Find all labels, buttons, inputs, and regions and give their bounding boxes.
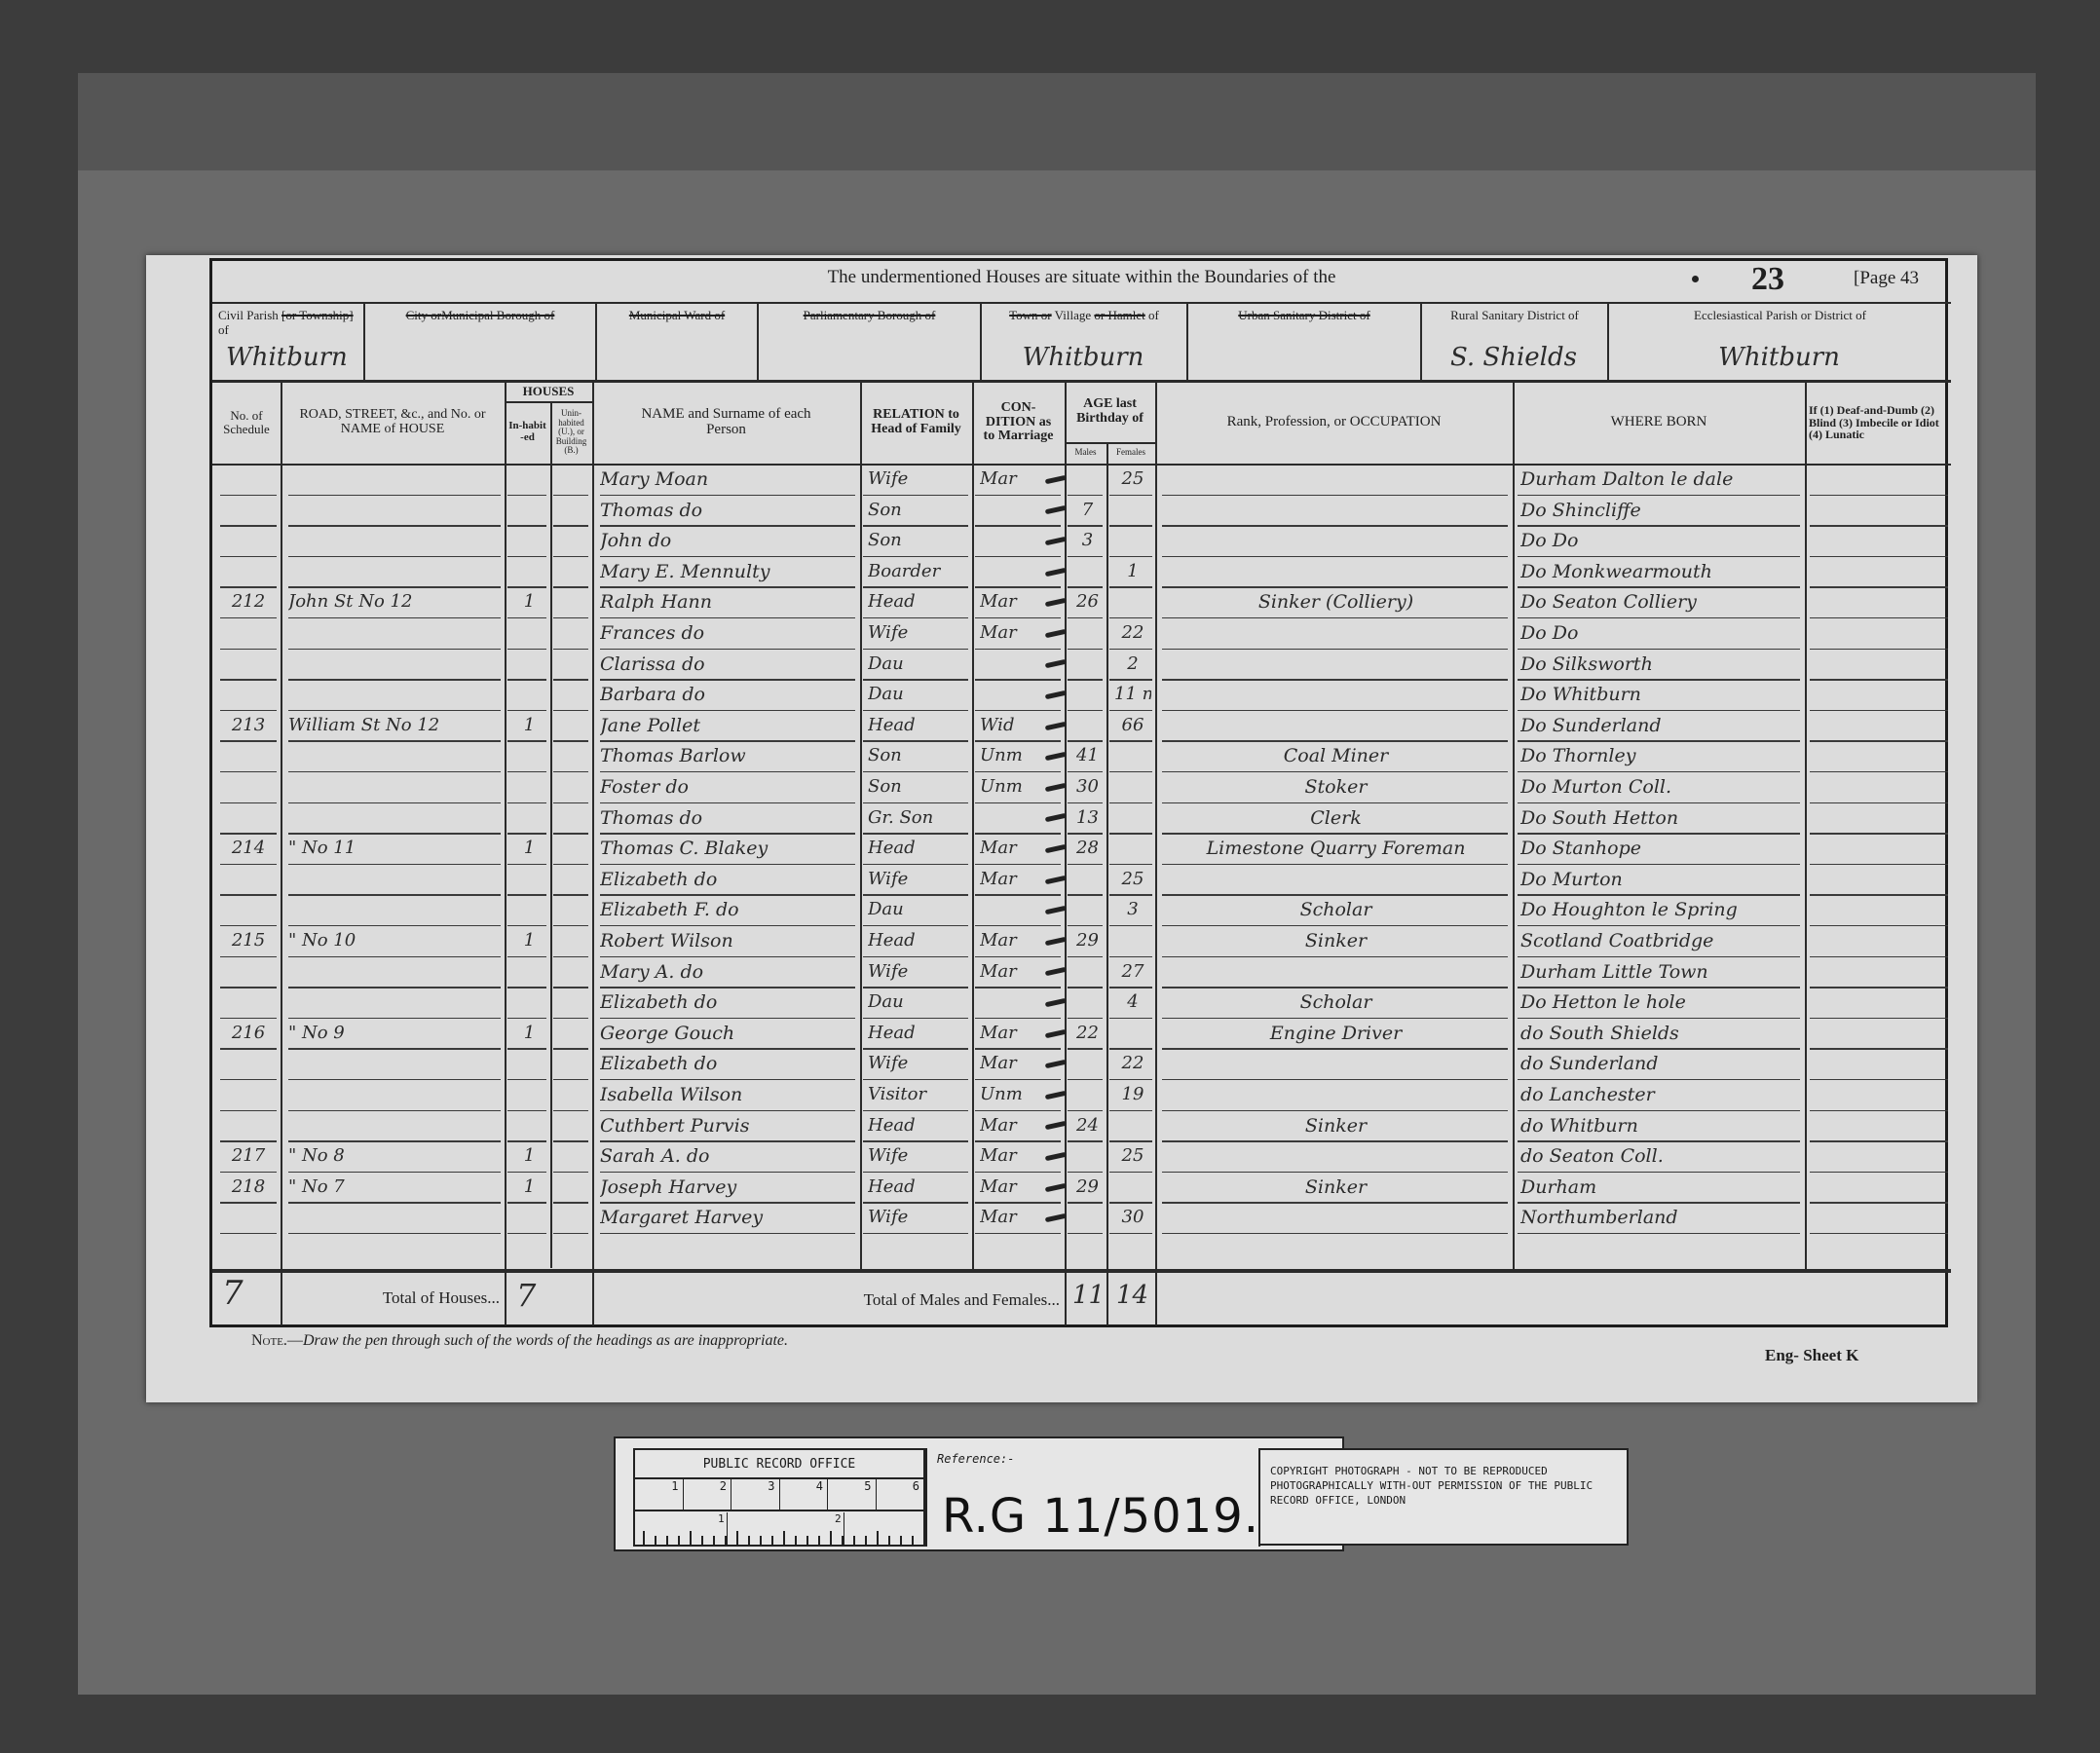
cell-schedule: 217	[220, 1145, 277, 1166]
row-rule	[600, 1233, 855, 1235]
cell-name: Mary E. Mennulty	[600, 561, 856, 582]
ruler-tick	[643, 1531, 645, 1545]
grid-line	[757, 304, 759, 380]
cell-name: Clarissa do	[600, 653, 856, 675]
col-houses: HOUSES	[505, 383, 592, 400]
jurisdiction-label: Civil Parish [or Township] of	[218, 308, 359, 337]
ruler-tick	[795, 1536, 797, 1545]
cell-schedule: 213	[220, 715, 277, 735]
cell-name: Thomas Barlow	[600, 745, 856, 766]
cell-female-age: 25	[1114, 468, 1151, 489]
row-rule	[553, 1233, 588, 1235]
jurisdiction-cell: Parliamentary Borough of	[757, 304, 980, 380]
cell-relation: Visitor	[868, 1084, 968, 1104]
cell-female-age: 22	[1114, 622, 1151, 643]
note-text: Draw the pen through such of the words o…	[303, 1332, 788, 1349]
microfilm-band	[78, 73, 2036, 170]
jurisdiction-value: Whitburn	[980, 343, 1186, 372]
ruler-tick	[760, 1536, 762, 1545]
jurisdiction-label: Rural Sanitary District of	[1426, 308, 1603, 322]
cell-name: Elizabeth F. do	[600, 899, 856, 920]
grid-line	[595, 304, 597, 380]
cell-name: Barbara do	[600, 684, 856, 705]
jurisdiction-cell: Municipal Ward of	[595, 304, 757, 380]
scale-cell: 3	[731, 1479, 779, 1510]
cell-name: Mary Moan	[600, 468, 856, 490]
cell-name: Joseph Harvey	[600, 1176, 856, 1198]
cell-born: do Whitburn	[1520, 1115, 1801, 1137]
cell-born: do Seaton Coll.	[1520, 1145, 1801, 1167]
table-row: 217" No 81Sarah A. doWifeMar25do Seaton …	[212, 1142, 1951, 1174]
cell-relation: Wife	[868, 622, 968, 643]
cell-relation: Dau	[868, 653, 968, 674]
cell-name: Elizabeth do	[600, 869, 856, 890]
tally-mark-icon	[1045, 537, 1068, 545]
cell-relation: Dau	[868, 684, 968, 704]
table-row: Thomas BarlowSonUnm41Coal MinerDo Thornl…	[212, 742, 1951, 773]
cell-born: Do Stanhope	[1520, 838, 1801, 859]
cell-occupation: Clerk	[1163, 807, 1509, 829]
cell-male-age: 26	[1072, 591, 1103, 612]
table-row: John doSon3Do Do	[212, 527, 1951, 558]
table-row: 218" No 71Joseph HarveyHeadMar29SinkerDu…	[212, 1174, 1951, 1205]
cell-inhabited: 1	[512, 591, 546, 612]
cell-schedule: 215	[220, 930, 277, 951]
row-rule	[220, 1233, 277, 1235]
label-divider	[925, 1448, 927, 1547]
cell-name: Cuthbert Purvis	[600, 1115, 856, 1137]
cell-female-age: 4	[1114, 991, 1151, 1012]
jurisdiction-cell: Rural Sanitary District ofS. Shields	[1420, 304, 1607, 380]
sheet-label: Eng- Sheet K	[1765, 1346, 1858, 1365]
tally-mark-icon	[1045, 998, 1068, 1007]
cell-born: Do Whitburn	[1520, 684, 1801, 705]
row-rule	[1162, 1233, 1508, 1235]
cell-inhabited: 1	[512, 838, 546, 858]
cell-occupation: Sinker	[1163, 1115, 1509, 1137]
totals-divider	[212, 1269, 1951, 1273]
cell-name: George Gouch	[600, 1023, 856, 1044]
cell-road: " No 11	[288, 838, 501, 858]
table-row: 215" No 101Robert WilsonHeadMar29SinkerS…	[212, 927, 1951, 958]
cell-female-age: 25	[1114, 869, 1151, 889]
jurisdiction-label: Ecclesiastical Parish or District of	[1613, 308, 1947, 322]
cell-born: Do Hetton le hole	[1520, 991, 1801, 1013]
cell-occupation: Engine Driver	[1163, 1023, 1509, 1044]
cell-occupation: Limestone Quarry Foreman	[1163, 838, 1509, 859]
cell-female-age: 66	[1114, 715, 1151, 735]
cell-relation: Boarder	[868, 561, 968, 581]
grid-line	[363, 304, 365, 380]
col-occupation: Rank, Profession, or OCCUPATION	[1155, 383, 1513, 463]
ruler-tick	[830, 1531, 832, 1545]
jurisdiction-value: Whitburn	[226, 343, 363, 372]
ruler-tick	[666, 1536, 668, 1545]
cell-born: Do Sunderland	[1520, 715, 1801, 736]
cell-relation: Head	[868, 1023, 968, 1043]
cell-name: Thomas do	[600, 500, 856, 521]
tally-mark-icon	[1045, 567, 1068, 576]
cell-road: " No 9	[288, 1023, 501, 1043]
row-rule	[863, 1233, 968, 1235]
total-persons-label: Total of Males and Females...	[602, 1290, 1060, 1310]
cell-name: Isabella Wilson	[600, 1084, 856, 1105]
jurisdiction-label: Town or Village or Hamlet of	[986, 308, 1182, 322]
table-row: Frances doWifeMar22Do Do	[212, 619, 1951, 651]
cell-name: Margaret Harvey	[600, 1207, 856, 1228]
office-title: PUBLIC RECORD OFFICE	[633, 1448, 925, 1477]
cell-inhabited: 1	[512, 1023, 546, 1043]
cell-inhabited: 1	[512, 1145, 546, 1166]
cell-relation: Gr. Son	[868, 807, 968, 828]
cell-name: Frances do	[600, 622, 856, 644]
cell-name: John do	[600, 530, 856, 551]
cell-born: Durham Little Town	[1520, 961, 1801, 983]
ruler-tick	[690, 1531, 692, 1545]
cell-born: Do South Hetton	[1520, 807, 1801, 829]
ruler-tick	[783, 1531, 785, 1545]
cell-relation: Head	[868, 1176, 968, 1197]
cell-relation: Son	[868, 530, 968, 550]
table-row: Mary MoanWifeMar25Durham Dalton le dale	[212, 466, 1951, 497]
jurisdiction-value: S. Shields	[1420, 343, 1607, 372]
cell-schedule: 216	[220, 1023, 277, 1043]
cell-born: Scotland Coatbridge	[1520, 930, 1801, 951]
cell-road: " No 8	[288, 1145, 501, 1166]
cell-schedule: 218	[220, 1176, 277, 1197]
tally-mark-icon	[1045, 659, 1068, 668]
tally-mark-icon	[1045, 906, 1068, 914]
table-row: 214" No 111Thomas C. BlakeyHeadMar28Lime…	[212, 835, 1951, 866]
table-row: 212John St No 121Ralph HannHeadMar26Sink…	[212, 588, 1951, 619]
cell-relation: Head	[868, 1115, 968, 1136]
ruler-tick	[806, 1536, 808, 1545]
tally-mark-icon	[1045, 690, 1068, 699]
cell-relation: Head	[868, 930, 968, 951]
grid-line	[1186, 304, 1188, 380]
table-row: Thomas doSon7Do Shincliffe	[212, 497, 1951, 528]
cell-road: " No 10	[288, 930, 501, 951]
cell-road: " No 7	[288, 1176, 501, 1197]
grid-line	[505, 401, 592, 403]
col-road: ROAD, STREET, &c., and No. or NAME of HO…	[281, 383, 505, 463]
cell-born: do South Shields	[1520, 1023, 1801, 1044]
cell-born: Durham Dalton le dale	[1520, 468, 1801, 490]
ruler-tick	[888, 1536, 890, 1545]
col-age: AGE last Birthday of	[1065, 383, 1155, 441]
cell-relation: Wife	[868, 1207, 968, 1227]
total-females: 14	[1116, 1281, 1148, 1310]
jurisdiction-cell: Civil Parish [or Township] ofWhitburn	[212, 304, 363, 380]
scale-cell: 6	[876, 1479, 924, 1510]
jurisdiction-label: Municipal Ward of	[601, 308, 753, 322]
cell-name: Thomas do	[600, 807, 856, 829]
ruler-tick	[912, 1536, 914, 1545]
total-males: 11	[1072, 1281, 1105, 1310]
ruler-tick	[748, 1536, 750, 1545]
table-row: Mary E. MennultyBoarder1Do Monkwearmouth	[212, 558, 1951, 589]
cell-schedule: 214	[220, 838, 277, 858]
cell-name: Elizabeth do	[600, 1053, 856, 1074]
cell-born: Northumberland	[1520, 1207, 1801, 1228]
cell-occupation: Scholar	[1163, 899, 1509, 920]
row-rule	[1109, 1233, 1152, 1235]
cell-road: William St No 12	[288, 715, 501, 735]
col-females: Females	[1106, 443, 1155, 463]
ruler-tick	[877, 1531, 879, 1545]
jurisdiction-label: Urban Sanitary District of	[1192, 308, 1416, 322]
cell-name: Sarah A. do	[600, 1145, 856, 1167]
cell-schedule: 212	[220, 591, 277, 612]
cell-name: Ralph Hann	[600, 591, 856, 613]
cell-born: Do Seaton Colliery	[1520, 591, 1801, 613]
folio-number: 23	[1751, 261, 1784, 298]
cell-occupation: Sinker	[1163, 930, 1509, 951]
scale-cell: 2	[683, 1479, 731, 1510]
table-row: Margaret HarveyWifeMar30Northumberland	[212, 1204, 1951, 1235]
cell-name: Foster do	[600, 776, 856, 798]
row-rule	[1068, 1233, 1103, 1235]
page-number: [Page 43	[1854, 268, 1919, 289]
cell-female-age: 22	[1114, 1053, 1151, 1073]
jurisdiction-value: Whitburn	[1607, 343, 1951, 372]
jurisdiction-cell: Ecclesiastical Parish or District ofWhit…	[1607, 304, 1951, 380]
cell-relation: Head	[868, 715, 968, 735]
cell-relation: Son	[868, 500, 968, 520]
table-row: Thomas doGr. Son13ClerkDo South Hetton	[212, 804, 1951, 836]
cell-inhabited: 1	[512, 1176, 546, 1197]
scale-cell: 4	[779, 1479, 828, 1510]
cell-female-age: 1	[1114, 561, 1151, 581]
cell-relation: Head	[868, 838, 968, 858]
cell-female-age: 30	[1114, 1207, 1151, 1227]
cell-road: John St No 12	[288, 591, 501, 612]
cell-relation: Wife	[868, 961, 968, 982]
cell-occupation: Coal Miner	[1163, 745, 1509, 766]
cell-born: Do Do	[1520, 622, 1801, 644]
cell-female-age: 19	[1114, 1084, 1151, 1104]
cell-born: Do Houghton le Spring	[1520, 899, 1801, 920]
table-row: Isabella WilsonVisitorUnm19do Lanchester	[212, 1081, 1951, 1112]
cell-occupation: Sinker	[1163, 1176, 1509, 1198]
cell-born: Do Monkwearmouth	[1520, 561, 1801, 582]
cell-relation: Wife	[868, 1053, 968, 1073]
ruler-tick	[865, 1536, 867, 1545]
ruler-tick	[900, 1536, 902, 1545]
cell-born: Do Shincliffe	[1520, 500, 1801, 521]
table-row: Elizabeth doWifeMar22do Sunderland	[212, 1050, 1951, 1081]
cell-relation: Wife	[868, 1145, 968, 1166]
cell-inhabited: 1	[512, 930, 546, 951]
cell-relation: Son	[868, 776, 968, 797]
copyright-notice: COPYRIGHT PHOTOGRAPH - NOT TO BE REPRODU…	[1258, 1448, 1629, 1546]
table-row: Cuthbert PurvisHeadMar24Sinkerdo Whitbur…	[212, 1112, 1951, 1143]
jurisdiction-label: City orMunicipal Borough of	[369, 308, 591, 322]
cell-born: Do Murton Coll.	[1520, 776, 1801, 798]
ruler-tick	[853, 1536, 855, 1545]
scale-ruler: 12	[633, 1511, 925, 1547]
cell-born: Do Thornley	[1520, 745, 1801, 766]
cell-male-age: 3	[1072, 530, 1103, 550]
scale-top: 123456	[633, 1477, 925, 1511]
cell-name: Robert Wilson	[600, 930, 856, 951]
table-row: Elizabeth doWifeMar25Do Murton	[212, 866, 1951, 897]
ruler-tick	[736, 1531, 738, 1545]
cell-male-age: 24	[1072, 1115, 1103, 1136]
ruler-tick	[655, 1536, 656, 1545]
scale-cell: 5	[827, 1479, 876, 1510]
cell-male-age: 13	[1072, 807, 1103, 828]
cell-name: Elizabeth do	[600, 991, 856, 1013]
jurisdiction-label: Parliamentary Borough of	[763, 308, 976, 322]
cell-male-age: 29	[1072, 930, 1103, 951]
ruler-label: 2	[835, 1512, 844, 1546]
cell-relation: Dau	[868, 899, 968, 919]
record-office-label: PUBLIC RECORD OFFICE 123456 12 Reference…	[614, 1436, 1344, 1551]
table-row: Clarissa doDau2Do Silksworth	[212, 651, 1951, 682]
cell-relation: Head	[868, 591, 968, 612]
col-condition: CON-DITION as to Marriage	[972, 383, 1065, 463]
row-rule	[288, 1233, 501, 1235]
cell-male-age: 29	[1072, 1176, 1103, 1197]
table-row: 216" No 91George GouchHeadMar22Engine Dr…	[212, 1020, 1951, 1051]
note-prefix: Note.—	[251, 1332, 303, 1349]
total-houses: 7	[516, 1277, 536, 1314]
ruler-tick	[713, 1536, 715, 1545]
cell-male-age: 41	[1072, 745, 1103, 765]
cell-born: do Lanchester	[1520, 1084, 1801, 1105]
reference-number: R.G 11/5019.	[942, 1489, 1259, 1544]
total-schedules: 7	[222, 1274, 244, 1313]
form-note: Note.—Draw the pen through such of the w…	[251, 1332, 788, 1350]
jurisdiction-cell: City orMunicipal Borough of	[363, 304, 595, 380]
census-form: The undermentioned Houses are situate wi…	[209, 258, 1948, 1327]
cell-female-age: 11 mo	[1114, 684, 1151, 704]
scale-cell: 1	[635, 1479, 683, 1510]
row-rule	[975, 1233, 1061, 1235]
cell-female-age: 25	[1114, 1145, 1151, 1166]
row-rule	[507, 1233, 546, 1235]
cell-occupation: Scholar	[1163, 991, 1509, 1013]
ink-dot	[1692, 276, 1699, 282]
col-where-born: WHERE BORN	[1513, 383, 1805, 463]
cell-relation: Dau	[868, 991, 968, 1012]
cell-female-age: 2	[1114, 653, 1151, 674]
table-row: Barbara doDau11 moDo Whitburn	[212, 681, 1951, 712]
cell-female-age: 3	[1114, 899, 1151, 919]
cell-relation: Wife	[868, 468, 968, 489]
cell-female-age: 27	[1114, 961, 1151, 982]
row-rule	[1810, 1233, 1948, 1235]
total-houses-label: Total of Houses...	[310, 1288, 500, 1308]
form-banner: The undermentioned Houses are situate wi…	[212, 267, 1951, 288]
cell-male-age: 30	[1072, 776, 1103, 797]
cell-relation: Son	[868, 745, 968, 765]
cell-born: Do Do	[1520, 530, 1801, 551]
reference-caption: Reference:-	[937, 1452, 1014, 1466]
cell-born: Do Silksworth	[1520, 653, 1801, 675]
cell-born: do Sunderland	[1520, 1053, 1801, 1074]
table-row: Elizabeth F. doDau3ScholarDo Houghton le…	[212, 896, 1951, 927]
col-males: Males	[1065, 443, 1106, 463]
jurisdiction-cell: Urban Sanitary District of	[1186, 304, 1420, 380]
col-name: NAME and Surname of each Person	[592, 383, 860, 463]
cell-inhabited: 1	[512, 715, 546, 735]
cell-name: Mary A. do	[600, 961, 856, 983]
ruler-tick	[771, 1536, 773, 1545]
tally-mark-icon	[1045, 813, 1068, 822]
cell-born: Do Murton	[1520, 869, 1801, 890]
table-row: Foster doSonUnm30StokerDo Murton Coll.	[212, 773, 1951, 804]
cell-relation: Wife	[868, 869, 968, 889]
table-row: Mary A. doWifeMar27Durham Little Town	[212, 958, 1951, 989]
cell-occupation: Sinker (Colliery)	[1163, 591, 1509, 613]
col-schedule: No. of Schedule	[212, 383, 281, 463]
ruler-tick	[678, 1536, 680, 1545]
cell-born: Durham	[1520, 1176, 1801, 1198]
cell-name: Thomas C. Blakey	[600, 838, 856, 859]
cell-occupation: Stoker	[1163, 776, 1509, 798]
grid-line	[1065, 442, 1155, 444]
tally-mark-icon	[1045, 505, 1068, 514]
table-row: Elizabeth doDau4ScholarDo Hetton le hole	[212, 988, 1951, 1020]
col-relation: RELATION to Head of Family	[860, 383, 972, 463]
col-uninhabited: Unin-habited (U.), or Building (B.)	[550, 402, 592, 463]
table-row: 213William St No 121Jane PolletHeadWid66…	[212, 712, 1951, 743]
cell-male-age: 28	[1072, 838, 1103, 858]
cell-name: Jane Pollet	[600, 715, 856, 736]
col-inhabited: In-habit-ed	[505, 402, 550, 463]
col-infirmity: If (1) Deaf-and-Dumb (2) Blind (3) Imbec…	[1805, 383, 1948, 463]
cell-male-age: 22	[1072, 1023, 1103, 1043]
row-rule	[1518, 1233, 1800, 1235]
cell-male-age: 7	[1072, 500, 1103, 520]
ruler-tick	[701, 1536, 703, 1545]
ruler-tick	[818, 1536, 820, 1545]
jurisdiction-cell: Town or Village or Hamlet ofWhitburn	[980, 304, 1186, 380]
ruler-label: 1	[718, 1512, 728, 1546]
